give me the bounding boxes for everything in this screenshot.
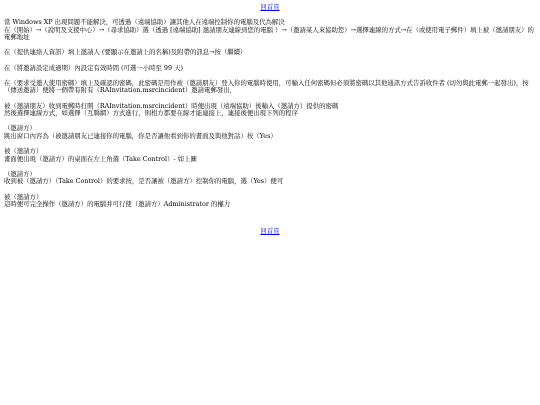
page: 回首頁 當 Windows XP 出現問題不能解決，可透過（遠端協助）讓其他人在… — [0, 0, 540, 236]
text-line: 跳出窗口內容為（被邀請朋友已連接你的電腦，你是否讓他看到你的畫面及與他對話）按（… — [4, 133, 536, 141]
text-line: 在（提供連絡人資訊）填上邀請人 (要顯示在邀請上的名稱)及附帶的訊息→按（繼續） — [4, 49, 536, 57]
home-link-top[interactable]: 回首頁 — [260, 3, 279, 11]
text-line: 然後選擇連線方式，如選擇（互聯網）方式進行，則相方都要在線才能連接上，連接後便出… — [4, 110, 536, 118]
paragraph-intro: 當 Windows XP 出現問題不能解決，可透過（遠端協助）讓其他人在遠端控制… — [4, 19, 536, 42]
text-line: 在（要求受邀人使用密碼）填上及確認的密碼，此密碼是用作被（邀請朋友）登入你的電腦… — [4, 80, 536, 95]
article-body: 當 Windows XP 出現問題不能解決，可透過（遠端協助）讓其他人在遠端控制… — [4, 19, 536, 209]
paragraph-take-control: 被（邀請方） 畫面便出現（邀請方）的桌面在左上角選（Take Control）-… — [4, 148, 536, 163]
home-link-bottom[interactable]: 回首頁 — [260, 227, 279, 235]
paragraph-contact-info: 在（提供連絡人資訊）填上邀請人 (要顯示在邀請上的名稱)及附帶的訊息→按（繼續） — [4, 49, 536, 57]
paragraph-password: 在（要求受邀人使用密碼）填上及確認的密碼，此密碼是用作被（邀請朋友）登入你的電腦… — [4, 80, 536, 95]
paragraph-receive-invitation: 被（邀請朋友）收到電郵時打開（RAInvitation.msrcincident… — [4, 103, 536, 118]
bottom-nav: 回首頁 — [4, 227, 536, 236]
text-line: 在（開始）→（說明及支援中心）→（尋求協助）選（透過 [遠端協助] 邀請朋友連線… — [4, 27, 536, 42]
paragraph-allow-control: （邀請方） 收到被（邀請方）（Take Control）的要求按，是否讓被（邀請… — [4, 171, 536, 186]
text-line: 畫面便出現（邀請方）的桌面在左上角選（Take Control）- 如上圖 — [4, 156, 536, 164]
paragraph-full-control: 被（邀請方） 這時便可完全操作（邀請方）的電腦并可行使（邀請方）Administ… — [4, 194, 536, 209]
text-line: 在（將邀請設定成過期）內設定有效時間 (可選一小時至 99 天) — [4, 65, 536, 73]
paragraph-expiry: 在（將邀請設定成過期）內設定有效時間 (可選一小時至 99 天) — [4, 65, 536, 73]
top-nav: 回首頁 — [4, 3, 536, 12]
text-line: 收到被（邀請方）（Take Control）的要求按，是否讓被（邀請方）控制你的… — [4, 178, 536, 186]
text-line: 這時便可完全操作（邀請方）的電腦并可行使（邀請方）Administrator 的… — [4, 201, 536, 209]
paragraph-inviter-accept: （邀請方） 跳出窗口內容為（被邀請朋友已連接你的電腦，你是否讓他看到你的畫面及與… — [4, 125, 536, 140]
